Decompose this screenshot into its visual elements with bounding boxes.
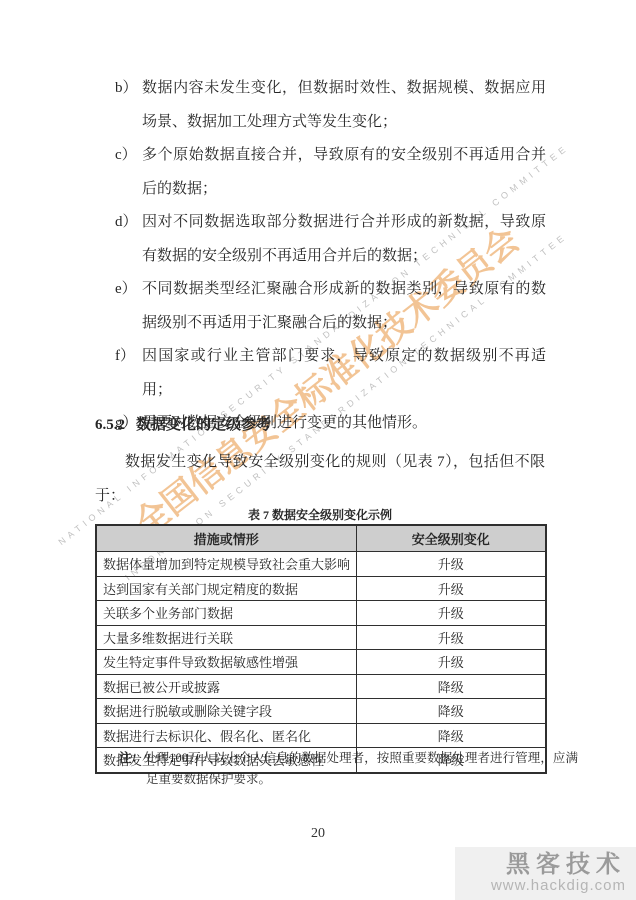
measure-cell: 关联多个业务部门数据 bbox=[96, 601, 356, 626]
measure-cell: 达到国家有关部门规定精度的数据 bbox=[96, 576, 356, 601]
list-item: b） 数据内容未发生变化，但数据时效性、数据规模、数据应用场景、数据加工处理方式… bbox=[115, 72, 546, 139]
list-item: e） 不同数据类型经汇聚融合形成新的数据类别，导致原有的数据级别不再适用于汇聚融… bbox=[115, 273, 546, 340]
document-page: NATIONAL INFORMATION SECURITY STANDARDIZ… bbox=[0, 0, 636, 900]
list-item-text: 因国家或行业主管部门要求，导致原定的数据级别不再适用； bbox=[142, 340, 546, 407]
table-row: 数据进行脱敏或删除关键字段 降级 bbox=[96, 699, 546, 724]
level-change-cell: 升级 bbox=[356, 601, 546, 626]
list-item-label: b） bbox=[115, 72, 142, 139]
level-change-cell: 降级 bbox=[356, 723, 546, 748]
level-change-cell: 升级 bbox=[356, 552, 546, 577]
table-row: 发生特定事件导致数据敏感性增强 升级 bbox=[96, 650, 546, 675]
section-heading: 6.5.2数据变化的定级参考 bbox=[95, 413, 271, 434]
note-label: 注： bbox=[119, 751, 144, 765]
list-item-label: f） bbox=[115, 340, 142, 407]
list-item: f） 因国家或行业主管部门要求，导致原定的数据级别不再适用； bbox=[115, 340, 546, 407]
level-change-cell: 升级 bbox=[356, 576, 546, 601]
measure-cell: 数据体量增加到特定规模导致社会重大影响 bbox=[96, 552, 356, 577]
list-item-text: 因对不同数据选取部分数据进行合并形成的新数据，导致原有数据的安全级别不再适用合并… bbox=[142, 206, 546, 273]
measure-cell: 大量多维数据进行关联 bbox=[96, 625, 356, 650]
measure-cell: 数据进行脱敏或删除关键字段 bbox=[96, 699, 356, 724]
lettered-list: b） 数据内容未发生变化，但数据时效性、数据规模、数据应用场景、数据加工处理方式… bbox=[115, 72, 546, 441]
list-item: c） 多个原始数据直接合并，导致原有的安全级别不再适用合并后的数据； bbox=[115, 139, 546, 206]
table-row: 大量多维数据进行关联 升级 bbox=[96, 625, 546, 650]
table-caption: 表 7 数据安全级别变化示例 bbox=[95, 506, 545, 523]
table-header-row: 措施或情形 安全级别变化 bbox=[96, 525, 546, 552]
section-paragraph: 数据发生变化导致安全级别变化的规则（见表 7），包括但不限于： bbox=[95, 446, 545, 513]
page-number: 20 bbox=[0, 826, 636, 842]
list-item-text: 多个原始数据直接合并，导致原有的安全级别不再适用合并后的数据； bbox=[142, 139, 546, 206]
table-row: 数据已被公开或披露 降级 bbox=[96, 674, 546, 699]
list-item-text: 数据内容未发生变化，但数据时效性、数据规模、数据应用场景、数据加工处理方式等发生… bbox=[142, 72, 546, 139]
measure-cell: 数据已被公开或披露 bbox=[96, 674, 356, 699]
list-item-label: c） bbox=[115, 139, 142, 206]
list-item-text: 不同数据类型经汇聚融合形成新的数据类别，导致原有的数据级别不再适用于汇聚融合后的… bbox=[142, 273, 546, 340]
hackdig-logo: 黑客技术 www.hackdig.com bbox=[455, 847, 636, 900]
table-row: 达到国家有关部门规定精度的数据 升级 bbox=[96, 576, 546, 601]
list-item-label: d） bbox=[115, 206, 142, 273]
hackdig-url: www.hackdig.com bbox=[455, 877, 626, 895]
list-item-label: e） bbox=[115, 273, 142, 340]
level-change-cell: 升级 bbox=[356, 650, 546, 675]
level-change-cell: 降级 bbox=[356, 674, 546, 699]
section-number: 6.5.2 bbox=[95, 417, 125, 433]
column-header-measure: 措施或情形 bbox=[96, 525, 356, 552]
list-item: d） 因对不同数据选取部分数据进行合并形成的新数据，导致原有数据的安全级别不再适… bbox=[115, 206, 546, 273]
hackdig-title: 黑客技术 bbox=[455, 850, 626, 877]
column-header-level-change: 安全级别变化 bbox=[356, 525, 546, 552]
measure-cell: 发生特定事件导致数据敏感性增强 bbox=[96, 650, 356, 675]
table-note: 注：处理100万人以上个人信息的数据处理者，按照重要数据处理者进行管理，应满足重… bbox=[119, 748, 578, 790]
note-text: 处理100万人以上个人信息的数据处理者，按照重要数据处理者进行管理，应满足重要数… bbox=[144, 751, 578, 786]
section-title: 数据变化的定级参考 bbox=[136, 417, 271, 433]
security-level-change-table: 措施或情形 安全级别变化 数据体量增加到特定规模导致社会重大影响 升级 达到国家… bbox=[95, 524, 547, 774]
table-row: 数据进行去标识化、假名化、匿名化 降级 bbox=[96, 723, 546, 748]
measure-cell: 数据进行去标识化、假名化、匿名化 bbox=[96, 723, 356, 748]
level-change-cell: 降级 bbox=[356, 699, 546, 724]
table-row: 关联多个业务部门数据 升级 bbox=[96, 601, 546, 626]
table-row: 数据体量增加到特定规模导致社会重大影响 升级 bbox=[96, 552, 546, 577]
level-change-cell: 升级 bbox=[356, 625, 546, 650]
